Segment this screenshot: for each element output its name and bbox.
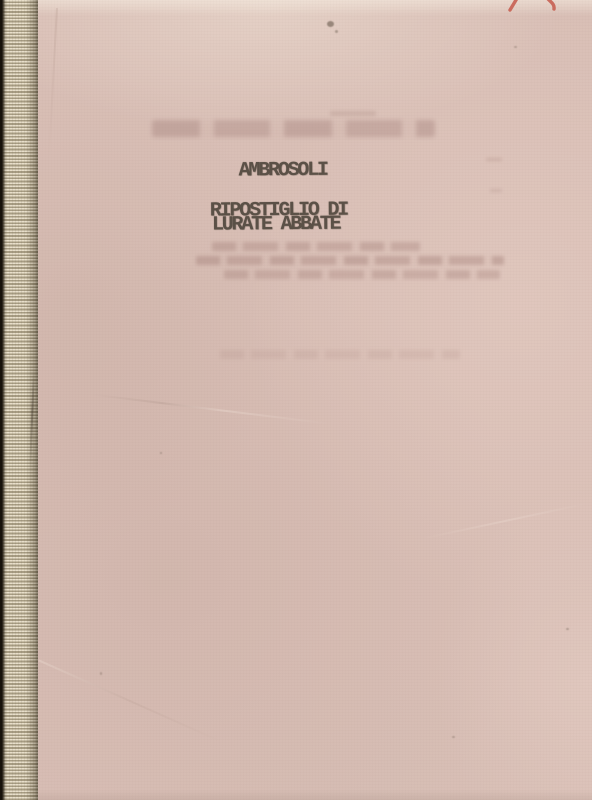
- paper-speck: [335, 30, 338, 33]
- ink-blot: [327, 21, 334, 27]
- cover-title-block: AMBROSOLI RIPOSTIGLIO DI LURATE ABBATE: [0, 0, 592, 800]
- spine-crease: [29, 372, 34, 468]
- paper-speck: [100, 672, 102, 675]
- scanned-book-cover: AMBROSOLI RIPOSTIGLIO DI LURATE ABBATE: [0, 0, 592, 800]
- paper-speck: [452, 736, 455, 738]
- paper-speck: [160, 452, 162, 454]
- title-line-2: LURATE ABBATE: [212, 215, 340, 236]
- author-name: AMBROSOLI: [239, 161, 327, 182]
- paper-speck: [514, 46, 517, 48]
- red-pen-mark: [495, 0, 575, 17]
- scan-left-edge: [0, 0, 6, 800]
- paper-speck: [566, 628, 569, 630]
- spine-cloth-tape: [0, 0, 38, 800]
